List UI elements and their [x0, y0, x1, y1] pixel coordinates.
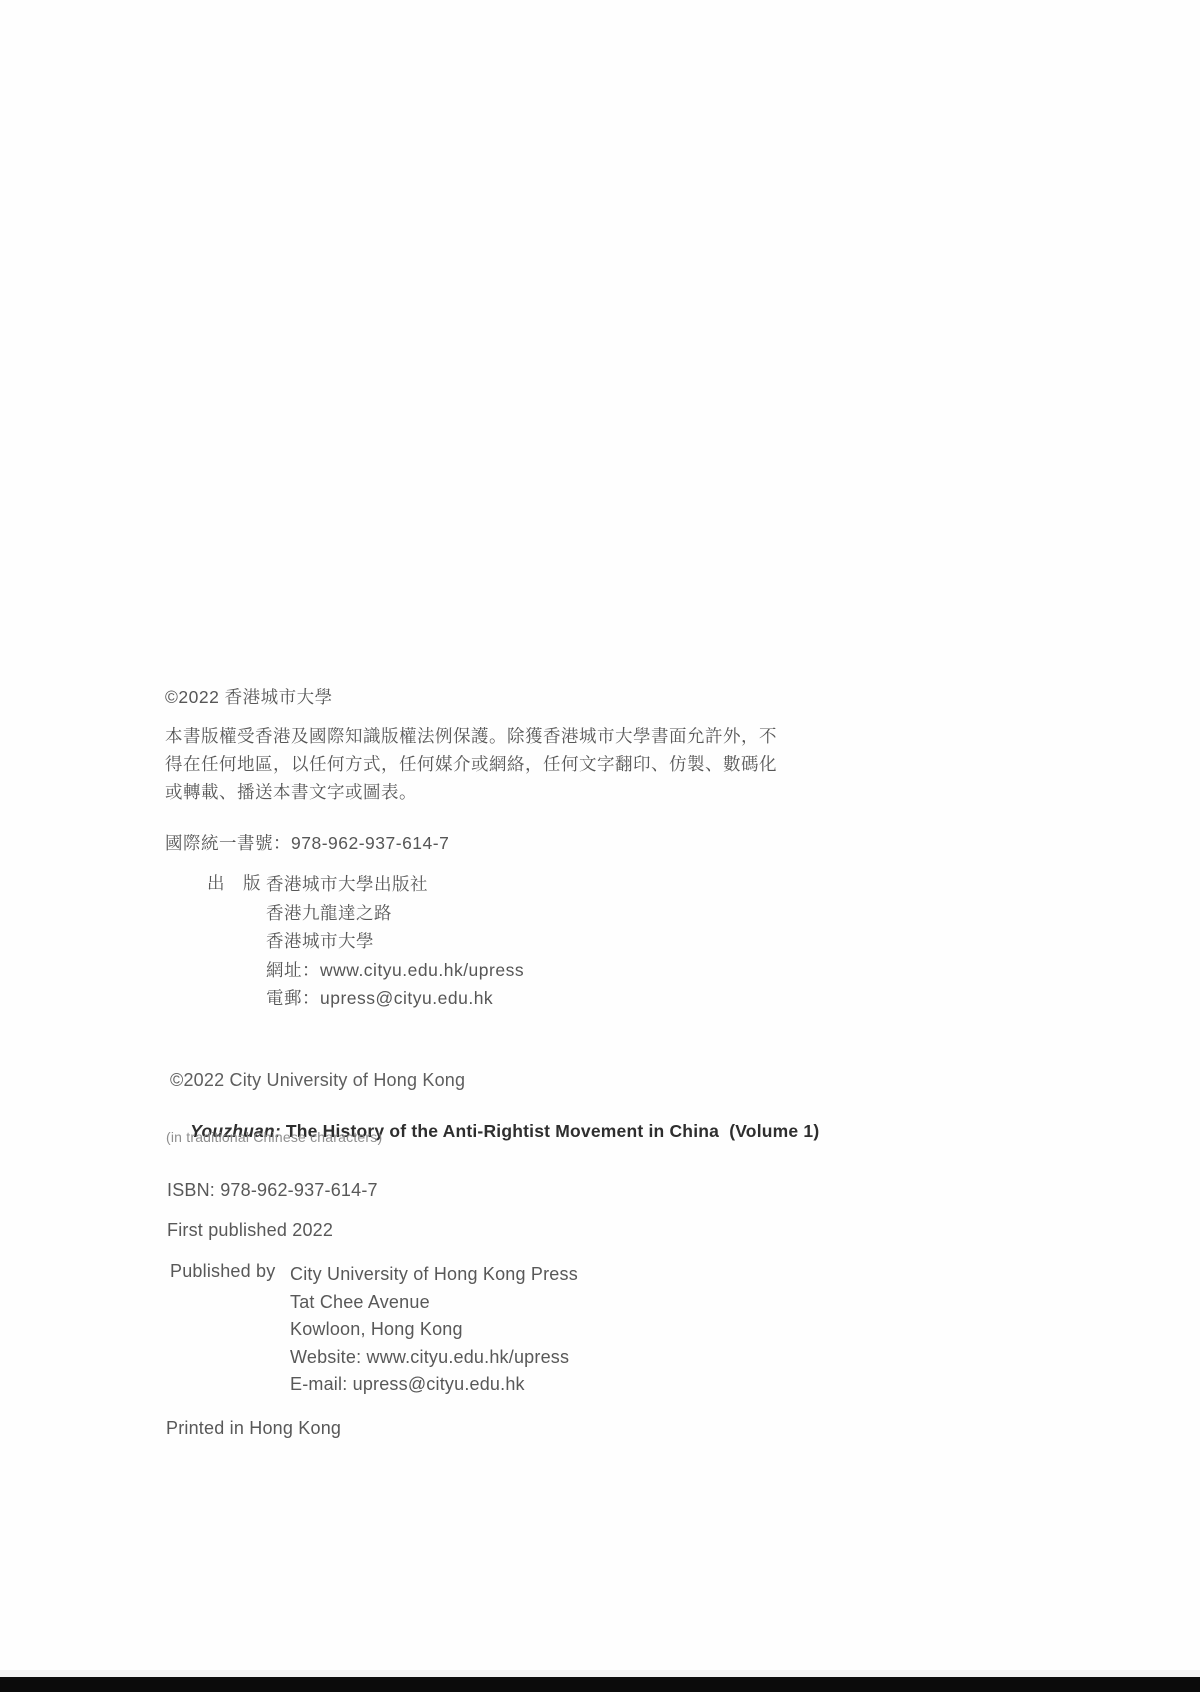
imprint-page: ©2022 香港城市大學 本書版權受香港及國際知識版權法例保護。除獲香港城市大學…	[0, 0, 1200, 1692]
chinese-rights-paragraph: 本書版權受香港及國際知識版權法例保護。除獲香港城市大學書面允許外，不 得在任何地…	[165, 722, 785, 806]
english-publisher-street: Tat Chee Avenue	[290, 1289, 578, 1317]
english-copyright-line: ©2022 City University of Hong Kong	[170, 1070, 465, 1091]
scan-bottom-black-bar	[0, 1677, 1200, 1692]
printed-in-line: Printed in Hong Kong	[166, 1418, 341, 1439]
chinese-publisher-street: 香港九龍達之路	[266, 899, 524, 928]
chinese-publisher-label: 出 版	[207, 870, 261, 895]
english-publisher-block: City University of Hong Kong Press Tat C…	[290, 1261, 578, 1399]
english-publisher-email: E-mail: upress@cityu.edu.hk	[290, 1371, 578, 1399]
chinese-publisher-name: 香港城市大學出版社	[266, 870, 524, 899]
english-publisher-city: Kowloon, Hong Kong	[290, 1316, 578, 1344]
chinese-publisher-university: 香港城市大學	[266, 927, 524, 956]
first-published-line: First published 2022	[167, 1220, 333, 1241]
scan-shadow-strip	[0, 1670, 1200, 1677]
english-publisher-name: City University of Hong Kong Press	[290, 1261, 578, 1289]
chinese-publisher-website: 網址：www.cityu.edu.hk/upress	[266, 956, 524, 985]
chinese-isbn-line: 國際統一書號：978-962-937-614-7	[165, 830, 449, 855]
english-isbn-line: ISBN: 978-962-937-614-7	[167, 1180, 378, 1201]
english-publisher-website: Website: www.cityu.edu.hk/upress	[290, 1344, 578, 1372]
chinese-publisher-block: 香港城市大學出版社 香港九龍達之路 香港城市大學 網址：www.cityu.ed…	[266, 870, 524, 1013]
published-by-label: Published by	[170, 1261, 275, 1282]
book-title-note: (in traditional Chinese characters)	[166, 1129, 382, 1145]
chinese-copyright-line: ©2022 香港城市大學	[165, 684, 333, 709]
chinese-publisher-email: 電郵：upress@cityu.edu.hk	[266, 984, 524, 1013]
